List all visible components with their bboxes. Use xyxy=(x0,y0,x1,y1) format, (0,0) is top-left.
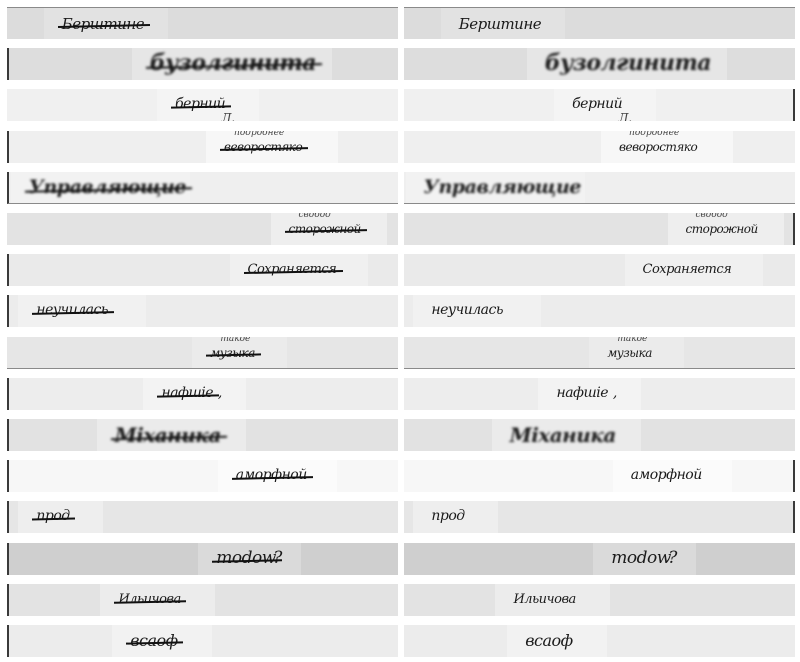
cleaned-word: музыка xyxy=(607,346,652,360)
original-word-strip: бузолгинита xyxy=(7,48,398,80)
cleaned-word: Берштине xyxy=(459,15,541,33)
original-word-strip: Берштине xyxy=(7,7,398,39)
cleaned-word-strip: аморфной xyxy=(404,460,795,492)
struck-word: всаоф xyxy=(130,631,177,650)
struck-word: неучилась xyxy=(36,302,108,318)
struck-word: modow xyxy=(216,548,276,568)
punctuation-mark: ? xyxy=(668,548,677,568)
original-word-strip: такоемузыка xyxy=(7,337,398,369)
cleaned-word-strip: неучилась xyxy=(404,295,795,327)
struck-word: нафшіе xyxy=(161,385,213,401)
context-text-above: такое xyxy=(617,337,647,344)
cleaned-word: бузолгинита xyxy=(545,50,711,76)
struck-word: прод xyxy=(36,508,69,524)
cleaned-word: берний xyxy=(572,96,622,112)
struck-word: Берштине xyxy=(62,15,144,33)
original-word-strip: modow? xyxy=(7,543,398,575)
original-word-strip: аморфной xyxy=(7,460,398,492)
cleaned-word: прод xyxy=(431,508,464,524)
struck-word: Управляющие xyxy=(29,176,186,198)
struck-word: бузолгинита xyxy=(150,50,316,76)
struck-word: Міханика xyxy=(115,423,221,447)
cleaned-word: веворостяко xyxy=(619,140,697,154)
cleaned-word-strip: бузолгинита xyxy=(404,48,795,80)
original-word-strip: Сохраняется xyxy=(7,254,398,286)
struck-word: Ильичова xyxy=(118,592,180,607)
cleaned-word: неучилась xyxy=(431,302,503,318)
cleaned-word-strip: Сохраняется xyxy=(404,254,795,286)
cleaned-word-strip: всаоф xyxy=(404,625,795,657)
cleaned-word-strip: подробнеевеворостяко xyxy=(404,131,795,163)
context-text-above: свобод xyxy=(696,213,728,220)
cleaned-word: modow xyxy=(611,548,671,568)
original-word-strip: Міханика xyxy=(7,419,398,451)
cleaned-word: аморфной xyxy=(631,467,702,483)
cleaned-word-strip: нафшіе, xyxy=(404,378,795,410)
struck-word: веворостяко xyxy=(224,140,302,154)
cleaned-word: Ильичова xyxy=(513,592,575,607)
context-text-above: подробнее xyxy=(234,131,284,138)
struck-word: берний xyxy=(175,96,225,112)
struck-word: сторожной xyxy=(289,222,361,236)
original-word-strip: бернийЛ. xyxy=(7,89,398,121)
original-word-strip: неучилась xyxy=(7,295,398,327)
cleaned-word-strip: Міханика xyxy=(404,419,795,451)
original-word-strip: свободсторожной xyxy=(7,213,398,245)
cleaned-word: всаоф xyxy=(525,631,572,650)
original-word-strip: Ильичова xyxy=(7,584,398,616)
cleaned-word-strip: свободсторожной xyxy=(404,213,795,245)
cleaned-word-strip: Ильичова xyxy=(404,584,795,616)
cleaned-word-strip: modow? xyxy=(404,543,795,575)
punctuation-mark: , xyxy=(218,385,222,401)
cleaned-word-strip: бернийЛ. xyxy=(404,89,795,121)
struck-word: Сохраняется xyxy=(248,262,337,277)
comparison-grid: БерштинеБерштинебузолгинитабузолгинитабе… xyxy=(0,0,800,662)
cleaned-word: нафшіе xyxy=(556,385,608,401)
struck-word: музыка xyxy=(210,346,255,360)
original-word-strip: подробнеевеворостяко xyxy=(7,131,398,163)
cleaned-word: Сохраняется xyxy=(643,262,732,277)
struck-word: аморфной xyxy=(236,467,307,483)
context-text-above: свобод xyxy=(299,213,331,220)
punctuation-mark: ? xyxy=(273,548,282,568)
cleaned-word-strip: такоемузыка xyxy=(404,337,795,369)
original-word-strip: нафшіе, xyxy=(7,378,398,410)
cleaned-word-strip: Управляющие xyxy=(404,172,795,204)
original-word-strip: прод xyxy=(7,501,398,533)
context-text-below: Л. xyxy=(221,111,235,121)
cleaned-word: Управляющие xyxy=(424,176,581,198)
context-text-below: Л. xyxy=(618,111,632,121)
cleaned-word: Міханика xyxy=(510,423,616,447)
original-word-strip: Управляющие xyxy=(7,172,398,204)
context-text-above: подробнее xyxy=(629,131,679,138)
original-word-strip: всаоф xyxy=(7,625,398,657)
cleaned-word: сторожной xyxy=(686,222,758,236)
punctuation-mark: , xyxy=(613,385,617,401)
cleaned-word-strip: Берштине xyxy=(404,7,795,39)
context-text-above: такое xyxy=(220,337,250,344)
cleaned-word-strip: прод xyxy=(404,501,795,533)
